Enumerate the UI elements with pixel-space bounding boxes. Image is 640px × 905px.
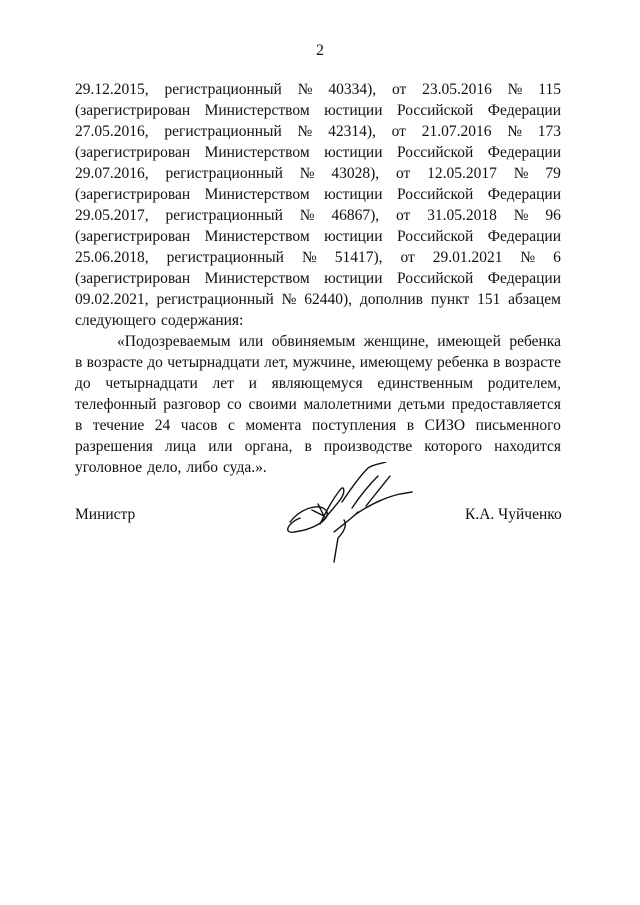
word: № — [302, 248, 317, 267]
text-line: следующегосодержания: — [75, 311, 561, 330]
word: дело, — [147, 458, 181, 477]
word: женщине, — [364, 332, 429, 351]
word: момента — [245, 416, 301, 435]
text-line: (зарегистрированМинистерствомюстицииРосс… — [75, 143, 561, 162]
word: 29.01.2021 — [433, 248, 503, 267]
text-line: ввозрастедочетырнадцатилет,мужчине,имеющ… — [75, 353, 561, 372]
word: 40334), — [328, 80, 376, 99]
word: юстиции — [324, 101, 382, 120]
word: Российской — [397, 269, 473, 288]
word: уголовное — [75, 458, 142, 477]
word: находится — [494, 437, 561, 456]
word: со — [227, 395, 242, 414]
word: 151 — [477, 290, 500, 309]
text-line: 29.07.2016,регистрационный№43028),от12.0… — [75, 164, 561, 183]
word: в — [75, 353, 82, 372]
word: № — [508, 80, 523, 99]
word: 51417), — [335, 248, 383, 267]
word: Российской — [397, 143, 473, 162]
word: Федерации — [488, 101, 561, 120]
word: № — [282, 290, 297, 309]
text-line: дочетырнадцатилетиявляющемусяединственны… — [75, 374, 561, 393]
text-line: 25.06.2018,регистрационный№51417),от29.0… — [75, 248, 561, 267]
word: возрасте — [505, 353, 561, 372]
word: (зарегистрирован — [75, 227, 190, 246]
word: регистрационный — [164, 122, 281, 141]
word: Федерации — [488, 227, 561, 246]
word: родителем, — [488, 374, 561, 393]
word: пункт — [431, 290, 469, 309]
word: детьми — [398, 395, 445, 414]
word: Российской — [397, 185, 473, 204]
word: разрешения — [75, 437, 153, 456]
word: до — [147, 353, 163, 372]
text-line: разрешениялицаилиоргана,впроизводствекот… — [75, 437, 561, 456]
word: производстве — [324, 437, 412, 456]
word: Федерации — [488, 185, 561, 204]
word: в — [75, 416, 82, 435]
word: 31.05.2018 — [427, 206, 497, 225]
word: предоставляется — [452, 395, 561, 414]
word: возрасте — [87, 353, 143, 372]
word: до — [75, 374, 91, 393]
word: Министерством — [205, 101, 310, 120]
word: четырнадцати — [167, 353, 260, 372]
word: абзацем — [508, 290, 561, 309]
word: 79 — [545, 164, 561, 183]
word: 27.05.2016, — [75, 122, 149, 141]
word: содержания: — [161, 311, 243, 330]
word: 21.07.2016 — [422, 122, 492, 141]
text-line: 29.05.2017,регистрационный№46867),от31.0… — [75, 206, 561, 225]
word: Федерации — [488, 143, 561, 162]
word: регистрационный — [164, 80, 281, 99]
text-line: 09.02.2021,регистрационный№62440),дополн… — [75, 290, 561, 309]
word: часов — [181, 416, 218, 435]
word: поступления — [312, 416, 396, 435]
word: 29.12.2015, — [75, 80, 149, 99]
text-line: (зарегистрированМинистерствомюстицииРосс… — [75, 185, 561, 204]
word: (зарегистрирован — [75, 269, 190, 288]
text-line: 29.12.2015,регистрационный№40334),от23.0… — [75, 80, 561, 99]
word: юстиции — [324, 227, 382, 246]
word: от — [396, 206, 410, 225]
word: 23.05.2016 — [422, 80, 492, 99]
word: ребенка — [437, 353, 489, 372]
word: от — [396, 164, 410, 183]
word: 96 — [545, 206, 561, 225]
word: 6 — [553, 248, 561, 267]
word: регистрационный — [167, 248, 284, 267]
word: от — [392, 122, 406, 141]
word: мужчине, — [293, 353, 356, 372]
word: 29.05.2017, — [75, 206, 149, 225]
word: в — [493, 353, 500, 372]
word: № — [300, 206, 315, 225]
word: № — [298, 122, 313, 141]
word: Министерством — [205, 269, 310, 288]
word: № — [514, 206, 529, 225]
word: своими — [249, 395, 297, 414]
word: № — [507, 122, 522, 141]
page-number: 2 — [0, 42, 640, 60]
word: единственным — [377, 374, 473, 393]
word: Федерации — [488, 269, 561, 288]
word: Российской — [397, 227, 473, 246]
word: регистрационный — [165, 164, 282, 183]
word: дополнив — [360, 290, 423, 309]
word: и — [249, 374, 257, 393]
text-line: телефонныйразговорсосвоимималолетнимидет… — [75, 395, 561, 414]
text-line: (зарегистрированМинистерствомюстицииРосс… — [75, 269, 561, 288]
signatory-name: К.А. Чуйченко — [465, 506, 562, 524]
word: органа, — [245, 437, 293, 456]
word: разговор — [163, 395, 220, 414]
word: 46867), — [331, 206, 379, 225]
word: или — [208, 437, 232, 456]
handwritten-signature-icon — [282, 462, 432, 572]
word: юстиции — [324, 269, 382, 288]
word: юстиции — [324, 143, 382, 162]
word: Российской — [397, 101, 473, 120]
word: течение — [93, 416, 144, 435]
word: № — [520, 248, 535, 267]
word: 29.07.2016, — [75, 164, 149, 183]
word: телефонный — [75, 395, 157, 414]
word: 42314), — [328, 122, 376, 141]
word: четырнадцати — [105, 374, 198, 393]
text-line: втечение24часовсмоментапоступлениявСИЗОп… — [75, 416, 561, 435]
word: суда.». — [223, 458, 267, 477]
word: «Подозреваемым — [117, 332, 231, 351]
word: № — [300, 164, 315, 183]
word: с — [228, 416, 235, 435]
word: являющемуся — [272, 374, 363, 393]
word: 62440), — [304, 290, 352, 309]
word: (зарегистрирован — [75, 185, 190, 204]
word: лет — [213, 374, 234, 393]
word: (зарегистрирован — [75, 101, 190, 120]
word: следующего — [75, 311, 156, 330]
word: 115 — [538, 80, 561, 99]
word: Министерством — [205, 227, 310, 246]
word: либо — [186, 458, 218, 477]
word: 09.02.2021, — [75, 290, 149, 309]
text-line: (зарегистрированМинистерствомюстицииРосс… — [75, 227, 561, 246]
word: регистрационный — [156, 290, 273, 309]
word: лет, — [264, 353, 288, 372]
word: регистрационный — [165, 206, 282, 225]
word: СИЗО — [425, 416, 466, 435]
word: малолетними — [303, 395, 391, 414]
word: в — [407, 416, 414, 435]
word: имеющей — [437, 332, 501, 351]
word: которого — [424, 437, 482, 456]
word: 43028), — [331, 164, 379, 183]
word: Министерством — [205, 143, 310, 162]
word: 173 — [538, 122, 561, 141]
word: от — [392, 80, 406, 99]
word: 12.05.2017 — [427, 164, 497, 183]
word: № — [514, 164, 529, 183]
word: № — [298, 80, 313, 99]
word: лица — [165, 437, 196, 456]
signatory-position: Министр — [75, 506, 135, 524]
word: 25.06.2018, — [75, 248, 149, 267]
text-line: 27.05.2016,регистрационный№42314),от21.0… — [75, 122, 561, 141]
word: 24 — [155, 416, 171, 435]
word: ребенка — [509, 332, 561, 351]
word: обвиняемым — [272, 332, 356, 351]
word: имеющему — [360, 353, 433, 372]
word: юстиции — [324, 185, 382, 204]
word: (зарегистрирован — [75, 143, 190, 162]
word: или — [239, 332, 263, 351]
word: письменного — [476, 416, 561, 435]
word: от — [400, 248, 414, 267]
text-line: «Подозреваемымилиобвиняемымженщине,имеющ… — [75, 332, 561, 351]
word: в — [304, 437, 311, 456]
text-line: (зарегистрированМинистерствомюстицииРосс… — [75, 101, 561, 120]
word: Министерством — [205, 185, 310, 204]
